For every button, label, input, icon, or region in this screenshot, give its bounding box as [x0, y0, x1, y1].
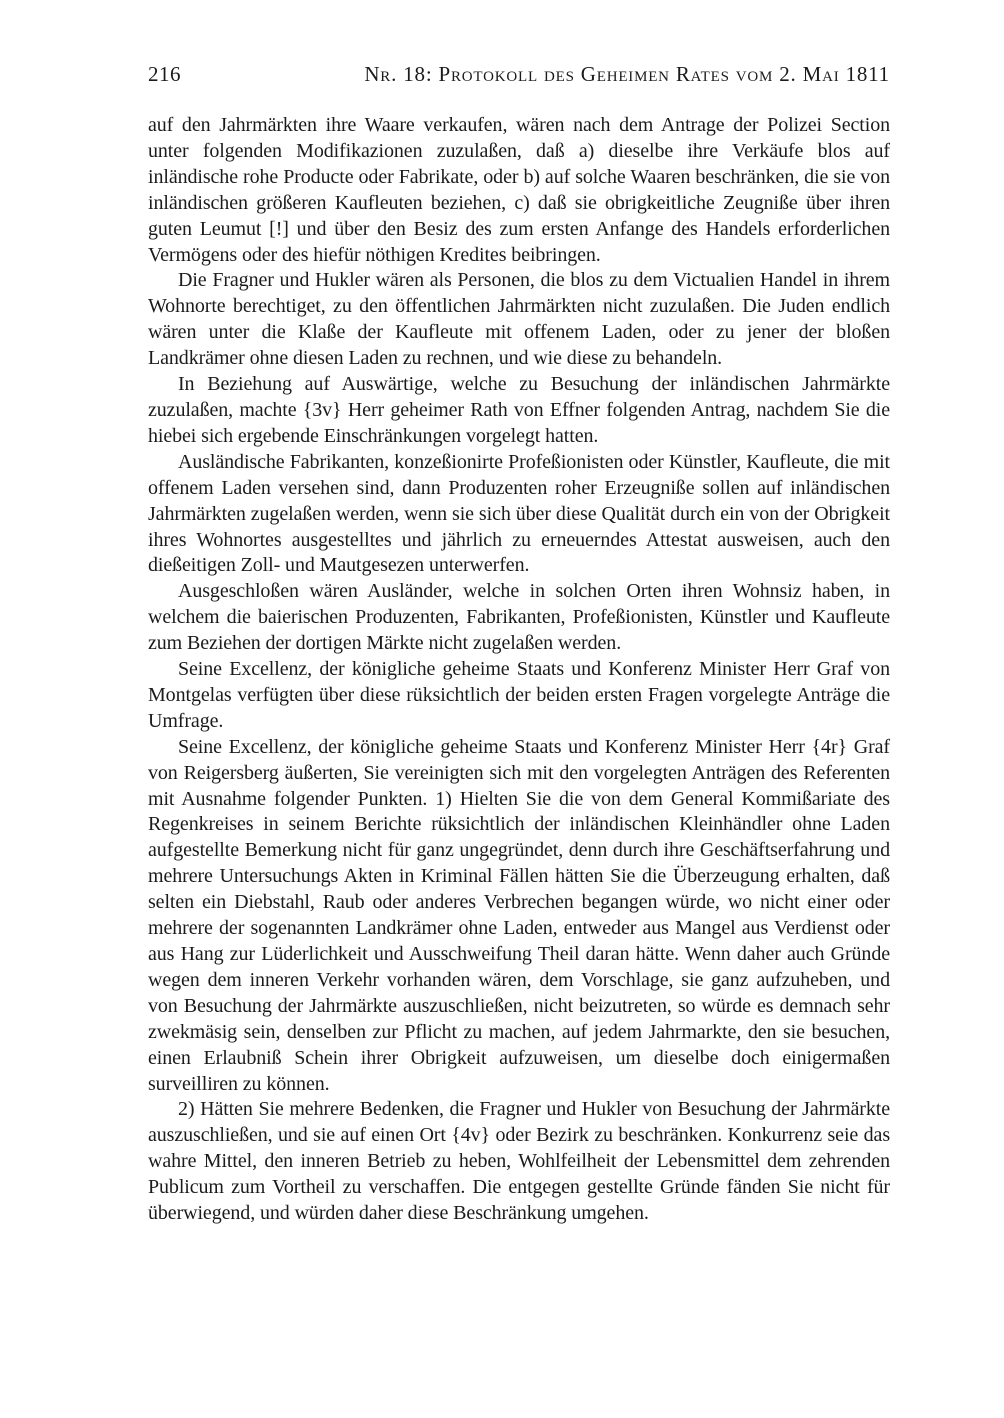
text-block: auf den Jahrmärkten ihre Waare verkaufen… — [148, 113, 890, 1227]
paragraph: Die Fragner und Hukler wären als Persone… — [148, 268, 890, 372]
paragraph: In Beziehung auf Auswärtige, welche zu B… — [148, 372, 890, 450]
paragraph: Seine Excellenz, der königliche geheime … — [148, 657, 890, 735]
page-number: 216 — [148, 64, 181, 85]
book-page: 216 Nr. 18: Protokoll des Geheimen Rates… — [0, 0, 1004, 1418]
paragraph: 2) Hätten Sie mehrere Bedenken, die Frag… — [148, 1097, 890, 1227]
paragraph: Seine Excellenz, der königliche geheime … — [148, 735, 890, 1098]
paragraph: Ausgeschloßen wären Ausländer, welche in… — [148, 579, 890, 657]
page-header: 216 Nr. 18: Protokoll des Geheimen Rates… — [148, 64, 890, 85]
running-title: Nr. 18: Protokoll des Geheimen Rates vom… — [364, 64, 890, 85]
paragraph: auf den Jahrmärkten ihre Waare verkaufen… — [148, 113, 890, 268]
paragraph: Ausländische Fabrikanten, konzeßionirte … — [148, 450, 890, 580]
